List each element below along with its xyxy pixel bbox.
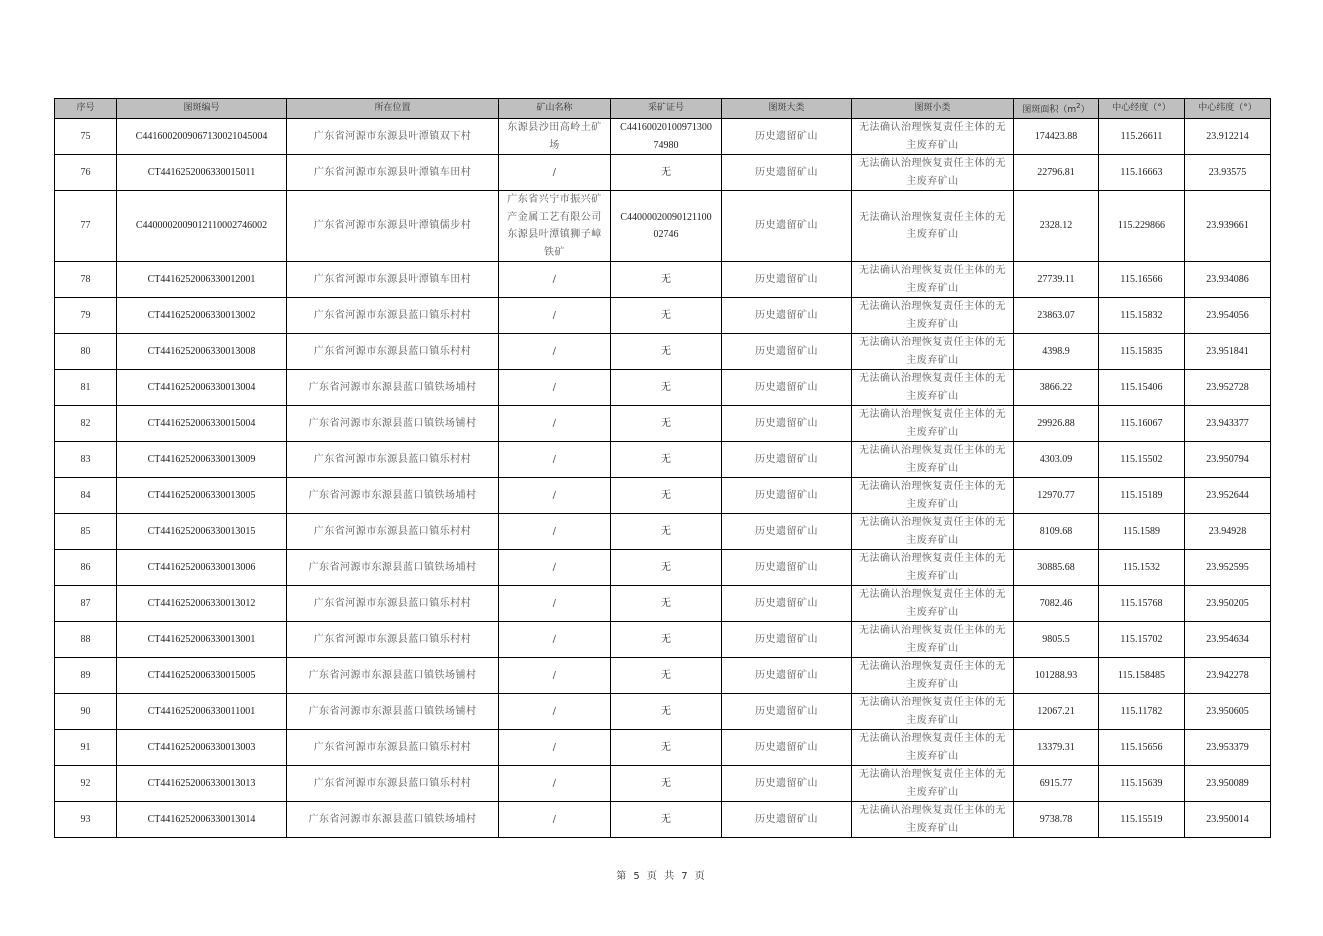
cell-longitude: 115.15639 [1099, 766, 1185, 802]
cell-longitude: 115.1589 [1099, 514, 1185, 550]
cell-category: 历史遗留矿山 [722, 658, 852, 694]
cell-mine-name: / [499, 406, 611, 442]
cell-seq: 84 [55, 478, 117, 514]
cell-location: 广东省河源市东源县叶潭镇车田村 [287, 155, 499, 191]
cell-mine-name: / [499, 586, 611, 622]
page-number: 第 5 页 共 7 页 [0, 867, 1323, 882]
cell-location: 广东省河源市东源县蓝口镇铁场铺村 [287, 658, 499, 694]
cell-seq: 81 [55, 370, 117, 406]
cell-location: 广东省河源市东源县蓝口镇乐村村 [287, 442, 499, 478]
cell-license: 无 [611, 298, 722, 334]
cell-subcategory: 无法确认治理恢复责任主体的无主废弃矿山 [852, 514, 1014, 550]
cell-category: 历史遗留矿山 [722, 262, 852, 298]
table-row: 91CT4416252006330013003广东省河源市东源县蓝口镇乐村村/无… [55, 730, 1271, 766]
cell-mine-name: / [499, 298, 611, 334]
cell-latitude: 23.934086 [1185, 262, 1271, 298]
cell-seq: 86 [55, 550, 117, 586]
cell-mine-name: / [499, 550, 611, 586]
cell-location: 广东省河源市东源县蓝口镇乐村村 [287, 730, 499, 766]
cell-seq: 82 [55, 406, 117, 442]
cell-license: 无 [611, 658, 722, 694]
header-longitude: 中心经度（°） [1099, 99, 1185, 119]
cell-seq: 80 [55, 334, 117, 370]
cell-seq: 85 [55, 514, 117, 550]
cell-license: 无 [611, 478, 722, 514]
cell-latitude: 23.950014 [1185, 802, 1271, 838]
cell-category: 历史遗留矿山 [722, 406, 852, 442]
cell-longitude: 115.15768 [1099, 586, 1185, 622]
cell-subcategory: 无法确认治理恢复责任主体的无主废弃矿山 [852, 119, 1014, 155]
table-row: 86CT4416252006330013006广东省河源市东源县蓝口镇铁场埔村/… [55, 550, 1271, 586]
cell-longitude: 115.15406 [1099, 370, 1185, 406]
cell-location: 广东省河源市东源县叶潭镇儒步村 [287, 191, 499, 262]
cell-seq: 93 [55, 802, 117, 838]
cell-location: 广东省河源市东源县蓝口镇乐村村 [287, 766, 499, 802]
cell-longitude: 115.1532 [1099, 550, 1185, 586]
cell-license: 无 [611, 802, 722, 838]
cell-mine-name: 东源县沙田高岭土矿场 [499, 119, 611, 155]
cell-longitude: 115.158485 [1099, 658, 1185, 694]
mine-patch-table: 序号 图斑编号 所在位置 矿山名称 采矿证号 图斑大类 图斑小类 图斑面积（m2… [54, 98, 1271, 838]
cell-license: 无 [611, 694, 722, 730]
header-location: 所在位置 [287, 99, 499, 119]
cell-latitude: 23.939661 [1185, 191, 1271, 262]
cell-mine-name: / [499, 766, 611, 802]
cell-license: 无 [611, 370, 722, 406]
cell-seq: 83 [55, 442, 117, 478]
cell-mine-name: / [499, 442, 611, 478]
cell-area: 12067.21 [1014, 694, 1099, 730]
header-area-prefix: 图斑面积（m [1022, 105, 1076, 115]
cell-category: 历史遗留矿山 [722, 622, 852, 658]
cell-subcategory: 无法确认治理恢复责任主体的无主废弃矿山 [852, 622, 1014, 658]
cell-area: 2328.12 [1014, 191, 1099, 262]
table-row: 87CT4416252006330013012广东省河源市东源县蓝口镇乐村村/无… [55, 586, 1271, 622]
cell-license: C4400002009012110002746 [611, 191, 722, 262]
cell-patch-id: CT4416252006330012001 [117, 262, 287, 298]
cell-subcategory: 无法确认治理恢复责任主体的无主废弃矿山 [852, 766, 1014, 802]
cell-location: 广东省河源市东源县蓝口镇铁场埔村 [287, 802, 499, 838]
cell-patch-id: CT4416252006330013002 [117, 298, 287, 334]
cell-latitude: 23.912214 [1185, 119, 1271, 155]
cell-latitude: 23.950205 [1185, 586, 1271, 622]
cell-patch-id: C4400002009012110002746002 [117, 191, 287, 262]
cell-license: C4416002010097130074980 [611, 119, 722, 155]
cell-longitude: 115.15189 [1099, 478, 1185, 514]
cell-mine-name: / [499, 370, 611, 406]
cell-license: 无 [611, 262, 722, 298]
cell-patch-id: CT4416252006330013006 [117, 550, 287, 586]
cell-area: 3866.22 [1014, 370, 1099, 406]
cell-seq: 92 [55, 766, 117, 802]
cell-category: 历史遗留矿山 [722, 370, 852, 406]
cell-license: 无 [611, 586, 722, 622]
table-row: 81CT4416252006330013004广东省河源市东源县蓝口镇铁场埔村/… [55, 370, 1271, 406]
cell-mine-name: / [499, 622, 611, 658]
cell-license: 无 [611, 442, 722, 478]
cell-area: 8109.68 [1014, 514, 1099, 550]
cell-subcategory: 无法确认治理恢复责任主体的无主废弃矿山 [852, 262, 1014, 298]
cell-patch-id: CT4416252006330013004 [117, 370, 287, 406]
table-row: 76CT4416252006330015011广东省河源市东源县叶潭镇车田村/无… [55, 155, 1271, 191]
cell-area: 174423.88 [1014, 119, 1099, 155]
cell-patch-id: CT4416252006330013001 [117, 622, 287, 658]
cell-category: 历史遗留矿山 [722, 802, 852, 838]
cell-seq: 91 [55, 730, 117, 766]
header-area-suffix: ） [1081, 105, 1090, 115]
cell-longitude: 115.16067 [1099, 406, 1185, 442]
cell-longitude: 115.15702 [1099, 622, 1185, 658]
cell-license: 无 [611, 550, 722, 586]
cell-latitude: 23.952728 [1185, 370, 1271, 406]
cell-subcategory: 无法确认治理恢复责任主体的无主废弃矿山 [852, 730, 1014, 766]
cell-patch-id: CT4416252006330013012 [117, 586, 287, 622]
cell-longitude: 115.229866 [1099, 191, 1185, 262]
cell-patch-id: CT4416252006330013003 [117, 730, 287, 766]
header-mine-name: 矿山名称 [499, 99, 611, 119]
table-body: 75C4416002009067130021045004广东省河源市东源县叶潭镇… [55, 119, 1271, 838]
cell-subcategory: 无法确认治理恢复责任主体的无主废弃矿山 [852, 550, 1014, 586]
cell-category: 历史遗留矿山 [722, 298, 852, 334]
cell-area: 101288.93 [1014, 658, 1099, 694]
cell-category: 历史遗留矿山 [722, 730, 852, 766]
cell-latitude: 23.952644 [1185, 478, 1271, 514]
cell-category: 历史遗留矿山 [722, 550, 852, 586]
cell-seq: 79 [55, 298, 117, 334]
cell-location: 广东省河源市东源县蓝口镇乐村村 [287, 622, 499, 658]
cell-license: 无 [611, 622, 722, 658]
cell-latitude: 23.93575 [1185, 155, 1271, 191]
cell-area: 12970.77 [1014, 478, 1099, 514]
cell-mine-name: 广东省兴宁市振兴矿产金属工艺有限公司东源县叶潭镇狮子嶂铁矿 [499, 191, 611, 262]
table-row: 92CT4416252006330013013广东省河源市东源县蓝口镇乐村村/无… [55, 766, 1271, 802]
cell-license: 无 [611, 334, 722, 370]
cell-patch-id: CT4416252006330013009 [117, 442, 287, 478]
cell-location: 广东省河源市东源县叶潭镇双下村 [287, 119, 499, 155]
header-seq: 序号 [55, 99, 117, 119]
cell-license: 无 [611, 766, 722, 802]
table-row: 93CT4416252006330013014广东省河源市东源县蓝口镇铁场埔村/… [55, 802, 1271, 838]
cell-location: 广东省河源市东源县蓝口镇乐村村 [287, 334, 499, 370]
cell-area: 4398.9 [1014, 334, 1099, 370]
cell-license: 无 [611, 514, 722, 550]
cell-location: 广东省河源市东源县叶潭镇车田村 [287, 262, 499, 298]
cell-mine-name: / [499, 802, 611, 838]
table-row: 79CT4416252006330013002广东省河源市东源县蓝口镇乐村村/无… [55, 298, 1271, 334]
cell-mine-name: / [499, 730, 611, 766]
cell-mine-name: / [499, 262, 611, 298]
cell-location: 广东省河源市东源县蓝口镇铁场铺村 [287, 694, 499, 730]
header-latitude: 中心纬度（°） [1185, 99, 1271, 119]
cell-patch-id: CT4416252006330013008 [117, 334, 287, 370]
cell-longitude: 115.11782 [1099, 694, 1185, 730]
cell-latitude: 23.94928 [1185, 514, 1271, 550]
cell-license: 无 [611, 155, 722, 191]
table-row: 85CT4416252006330013015广东省河源市东源县蓝口镇乐村村/无… [55, 514, 1271, 550]
cell-longitude: 115.15832 [1099, 298, 1185, 334]
table-row: 90CT4416252006330011001广东省河源市东源县蓝口镇铁场铺村/… [55, 694, 1271, 730]
cell-license: 无 [611, 406, 722, 442]
cell-seq: 77 [55, 191, 117, 262]
cell-area: 27739.11 [1014, 262, 1099, 298]
cell-latitude: 23.950089 [1185, 766, 1271, 802]
cell-area: 9738.78 [1014, 802, 1099, 838]
header-area: 图斑面积（m2） [1014, 99, 1099, 119]
cell-longitude: 115.15502 [1099, 442, 1185, 478]
cell-subcategory: 无法确认治理恢复责任主体的无主废弃矿山 [852, 442, 1014, 478]
table-row: 78CT4416252006330012001广东省河源市东源县叶潭镇车田村/无… [55, 262, 1271, 298]
cell-category: 历史遗留矿山 [722, 191, 852, 262]
cell-location: 广东省河源市东源县蓝口镇乐村村 [287, 586, 499, 622]
cell-category: 历史遗留矿山 [722, 442, 852, 478]
cell-mine-name: / [499, 514, 611, 550]
cell-patch-id: CT4416252006330015005 [117, 658, 287, 694]
cell-location: 广东省河源市东源县蓝口镇乐村村 [287, 514, 499, 550]
cell-seq: 78 [55, 262, 117, 298]
cell-subcategory: 无法确认治理恢复责任主体的无主废弃矿山 [852, 298, 1014, 334]
cell-patch-id: CT4416252006330015011 [117, 155, 287, 191]
cell-patch-id: C4416002009067130021045004 [117, 119, 287, 155]
cell-area: 9805.5 [1014, 622, 1099, 658]
cell-subcategory: 无法确认治理恢复责任主体的无主废弃矿山 [852, 334, 1014, 370]
cell-subcategory: 无法确认治理恢复责任主体的无主废弃矿山 [852, 406, 1014, 442]
cell-latitude: 23.942278 [1185, 658, 1271, 694]
header-patch-id: 图斑编号 [117, 99, 287, 119]
table-row: 77C4400002009012110002746002广东省河源市东源县叶潭镇… [55, 191, 1271, 262]
table-row: 84CT4416252006330013005广东省河源市东源县蓝口镇铁场埔村/… [55, 478, 1271, 514]
cell-latitude: 23.954056 [1185, 298, 1271, 334]
cell-latitude: 23.952595 [1185, 550, 1271, 586]
cell-subcategory: 无法确认治理恢复责任主体的无主废弃矿山 [852, 694, 1014, 730]
cell-latitude: 23.943377 [1185, 406, 1271, 442]
cell-seq: 90 [55, 694, 117, 730]
cell-longitude: 115.26611 [1099, 119, 1185, 155]
cell-patch-id: CT4416252006330013013 [117, 766, 287, 802]
document-page: 序号 图斑编号 所在位置 矿山名称 采矿证号 图斑大类 图斑小类 图斑面积（m2… [0, 0, 1323, 936]
table-row: 89CT4416252006330015005广东省河源市东源县蓝口镇铁场铺村/… [55, 658, 1271, 694]
cell-area: 23863.07 [1014, 298, 1099, 334]
cell-mine-name: / [499, 658, 611, 694]
cell-category: 历史遗留矿山 [722, 334, 852, 370]
cell-subcategory: 无法确认治理恢复责任主体的无主废弃矿山 [852, 586, 1014, 622]
cell-mine-name: / [499, 694, 611, 730]
cell-area: 6915.77 [1014, 766, 1099, 802]
cell-longitude: 115.15835 [1099, 334, 1185, 370]
cell-seq: 75 [55, 119, 117, 155]
cell-category: 历史遗留矿山 [722, 119, 852, 155]
cell-category: 历史遗留矿山 [722, 155, 852, 191]
cell-category: 历史遗留矿山 [722, 514, 852, 550]
cell-seq: 89 [55, 658, 117, 694]
cell-patch-id: CT4416252006330013005 [117, 478, 287, 514]
header-category: 图斑大类 [722, 99, 852, 119]
table-header-row: 序号 图斑编号 所在位置 矿山名称 采矿证号 图斑大类 图斑小类 图斑面积（m2… [55, 99, 1271, 119]
table-row: 82CT4416252006330015004广东省河源市东源县蓝口镇铁场铺村/… [55, 406, 1271, 442]
cell-latitude: 23.954634 [1185, 622, 1271, 658]
cell-location: 广东省河源市东源县蓝口镇铁场铺村 [287, 406, 499, 442]
cell-latitude: 23.951841 [1185, 334, 1271, 370]
header-license: 采矿证号 [611, 99, 722, 119]
cell-area: 29926.88 [1014, 406, 1099, 442]
cell-area: 13379.31 [1014, 730, 1099, 766]
cell-subcategory: 无法确认治理恢复责任主体的无主废弃矿山 [852, 658, 1014, 694]
cell-area: 22796.81 [1014, 155, 1099, 191]
cell-mine-name: / [499, 334, 611, 370]
cell-seq: 76 [55, 155, 117, 191]
cell-latitude: 23.950794 [1185, 442, 1271, 478]
cell-area: 4303.09 [1014, 442, 1099, 478]
cell-location: 广东省河源市东源县蓝口镇铁场埔村 [287, 478, 499, 514]
cell-mine-name: / [499, 478, 611, 514]
cell-category: 历史遗留矿山 [722, 694, 852, 730]
cell-category: 历史遗留矿山 [722, 766, 852, 802]
cell-area: 7082.46 [1014, 586, 1099, 622]
cell-subcategory: 无法确认治理恢复责任主体的无主废弃矿山 [852, 478, 1014, 514]
cell-category: 历史遗留矿山 [722, 478, 852, 514]
cell-location: 广东省河源市东源县蓝口镇铁场埔村 [287, 550, 499, 586]
cell-license: 无 [611, 730, 722, 766]
table-row: 80CT4416252006330013008广东省河源市东源县蓝口镇乐村村/无… [55, 334, 1271, 370]
table-row: 88CT4416252006330013001广东省河源市东源县蓝口镇乐村村/无… [55, 622, 1271, 658]
cell-latitude: 23.950605 [1185, 694, 1271, 730]
cell-longitude: 115.16566 [1099, 262, 1185, 298]
table-row: 83CT4416252006330013009广东省河源市东源县蓝口镇乐村村/无… [55, 442, 1271, 478]
cell-location: 广东省河源市东源县蓝口镇乐村村 [287, 298, 499, 334]
cell-area: 30885.68 [1014, 550, 1099, 586]
cell-location: 广东省河源市东源县蓝口镇铁场埔村 [287, 370, 499, 406]
cell-latitude: 23.953379 [1185, 730, 1271, 766]
cell-seq: 87 [55, 586, 117, 622]
cell-patch-id: CT4416252006330015004 [117, 406, 287, 442]
cell-patch-id: CT4416252006330013015 [117, 514, 287, 550]
cell-longitude: 115.15519 [1099, 802, 1185, 838]
cell-mine-name: / [499, 155, 611, 191]
cell-patch-id: CT4416252006330011001 [117, 694, 287, 730]
header-subcategory: 图斑小类 [852, 99, 1014, 119]
cell-patch-id: CT4416252006330013014 [117, 802, 287, 838]
cell-subcategory: 无法确认治理恢复责任主体的无主废弃矿山 [852, 802, 1014, 838]
cell-subcategory: 无法确认治理恢复责任主体的无主废弃矿山 [852, 155, 1014, 191]
cell-longitude: 115.15656 [1099, 730, 1185, 766]
cell-longitude: 115.16663 [1099, 155, 1185, 191]
cell-subcategory: 无法确认治理恢复责任主体的无主废弃矿山 [852, 370, 1014, 406]
table-row: 75C4416002009067130021045004广东省河源市东源县叶潭镇… [55, 119, 1271, 155]
cell-category: 历史遗留矿山 [722, 586, 852, 622]
cell-seq: 88 [55, 622, 117, 658]
cell-subcategory: 无法确认治理恢复责任主体的无主废弃矿山 [852, 191, 1014, 262]
